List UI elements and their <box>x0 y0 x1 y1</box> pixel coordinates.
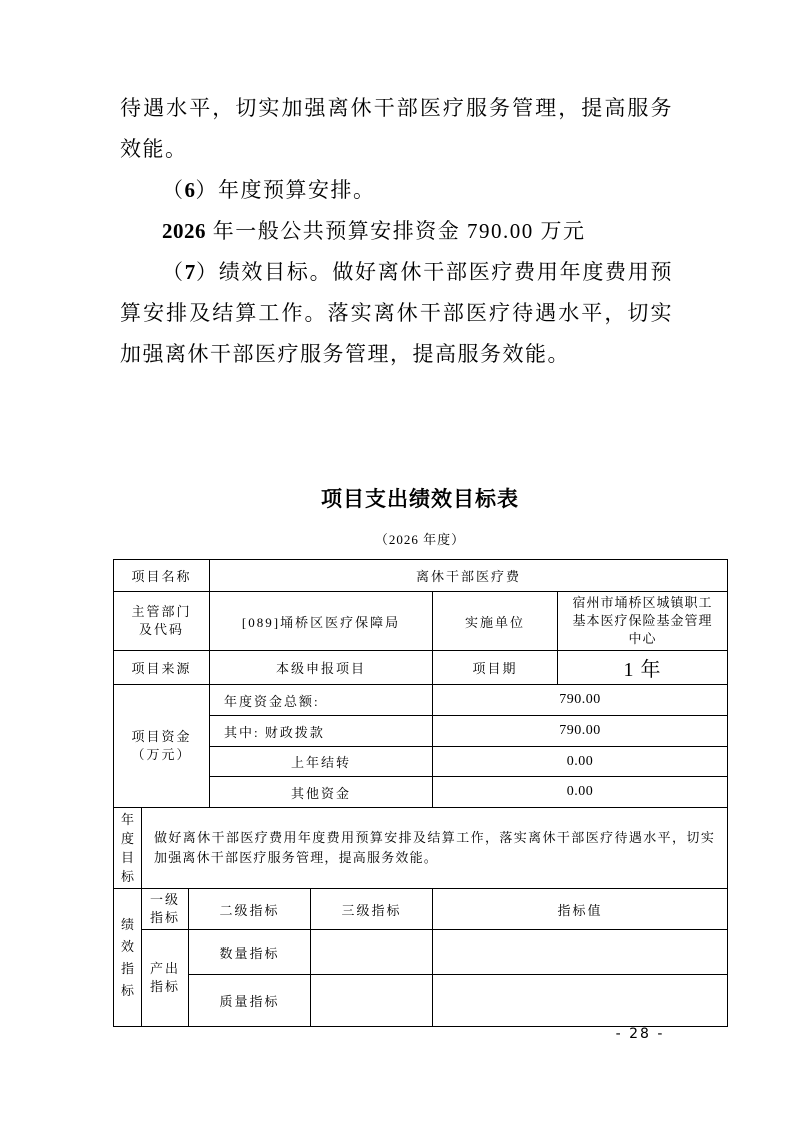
dept-value: [089]埇桥区医疗保障局 <box>210 592 433 651</box>
document-page: 待遇水平，切实加强离休干部医疗服务管理，提高服务效能。 （6）年度预算安排。 2… <box>0 0 793 1122</box>
funds-fiscal-value: 790.00 <box>433 716 728 747</box>
paragraph-text: （ <box>162 260 185 284</box>
period-value: 1 年 <box>558 651 728 685</box>
funds-other-label: 其他资金 <box>210 777 433 808</box>
project-name-value: 离休干部医疗费 <box>210 560 728 592</box>
annual-goal-value: 做好离休干部医疗费用年度费用预算安排及结算工作，落实离休干部医疗待遇水平，切实加… <box>142 808 728 889</box>
table-row: 产出 指标 数量指标 <box>114 930 728 975</box>
table-row: 项目来源 本级申报项目 项目期 1 年 <box>114 651 728 685</box>
paragraph-budget-amount: 2026 年一般公共预算安排资金 790.00 万元 <box>120 211 673 252</box>
year-number: 2026 <box>162 219 206 243</box>
quality-value-cell <box>433 975 728 1027</box>
table-row: 项目资金 （万元） 年度资金总额: 790.00 <box>114 685 728 716</box>
dept-label: 主管部门 及代码 <box>114 592 210 651</box>
table-row: 项目名称 离休干部医疗费 <box>114 560 728 592</box>
table-row: 年 度 目 标 做好离休干部医疗费用年度费用预算安排及结算工作，落实离休干部医疗… <box>114 808 728 889</box>
item-number: 7 <box>185 260 196 284</box>
impl-unit-value: 宿州市埇桥区城镇职工基本医疗保险基金管理中心 <box>558 592 728 651</box>
table-row: 绩 效 指 标 一级 指标 二级指标 三级指标 指标值 <box>114 889 728 930</box>
performance-target-table: 项目名称 离休干部医疗费 主管部门 及代码 [089]埇桥区医疗保障局 实施单位… <box>113 559 728 1027</box>
quantity-indicator-label: 数量指标 <box>189 930 311 975</box>
quality-level3-cell <box>311 975 433 1027</box>
level2-header: 二级指标 <box>189 889 311 930</box>
paragraph-text: ）绩效目标。做好离休干部医疗费用年度费用预算安排及结算工作。落实离休干部医疗待遇… <box>120 260 673 366</box>
document-body-text: 待遇水平，切实加强离休干部医疗服务管理，提高服务效能。 （6）年度预算安排。 2… <box>120 88 673 375</box>
funds-label: 项目资金 （万元） <box>114 685 210 808</box>
funds-total-value: 790.00 <box>433 685 728 716</box>
funds-fiscal-label: 其中: 财政拨款 <box>210 716 433 747</box>
quantity-value-cell <box>433 930 728 975</box>
paragraph-continuation: 待遇水平，切实加强离休干部医疗服务管理，提高服务效能。 <box>120 88 673 170</box>
paragraph-text: ）年度预算安排。 <box>196 178 376 202</box>
table-title: 项目支出绩效目标表 <box>113 484 727 516</box>
indicator-value-header: 指标值 <box>433 889 728 930</box>
project-name-label: 项目名称 <box>114 560 210 592</box>
annual-goal-label: 年 度 目 标 <box>114 808 142 889</box>
paragraph-text: （ <box>162 178 185 202</box>
level1-header: 一级 指标 <box>142 889 189 930</box>
table-row: 主管部门 及代码 [089]埇桥区医疗保障局 实施单位 宿州市埇桥区城镇职工基本… <box>114 592 728 651</box>
perf-indicator-label: 绩 效 指 标 <box>114 889 142 1027</box>
impl-unit-label: 实施单位 <box>433 592 558 651</box>
performance-table-section: 项目支出绩效目标表 （2026 年度） 项目名称 离休干部医疗费 主管部门 及代… <box>113 484 727 1027</box>
funds-carryover-value: 0.00 <box>433 747 728 777</box>
paragraph-item-7: （7）绩效目标。做好离休干部医疗费用年度费用预算安排及结算工作。落实离休干部医疗… <box>120 252 673 375</box>
quality-indicator-label: 质量指标 <box>189 975 311 1027</box>
paragraph-text: 年一般公共预算安排资金 790.00 万元 <box>206 219 586 243</box>
funds-total-label: 年度资金总额: <box>210 685 433 716</box>
page-number: - 28 - <box>560 1026 720 1042</box>
table-subtitle: （2026 年度） <box>113 530 727 550</box>
funds-carryover-label: 上年结转 <box>210 747 433 777</box>
level3-header: 三级指标 <box>311 889 433 930</box>
table-row: 质量指标 <box>114 975 728 1027</box>
quantity-level3-cell <box>311 930 433 975</box>
paragraph-item-6: （6）年度预算安排。 <box>120 170 673 211</box>
paragraph-text: 待遇水平，切实加强离休干部医疗服务管理，提高服务效能。 <box>120 96 673 161</box>
funds-other-value: 0.00 <box>433 777 728 808</box>
period-label: 项目期 <box>433 651 558 685</box>
output-indicator-label: 产出 指标 <box>142 930 189 1027</box>
source-value: 本级申报项目 <box>210 651 433 685</box>
item-number: 6 <box>185 178 196 202</box>
source-label: 项目来源 <box>114 651 210 685</box>
